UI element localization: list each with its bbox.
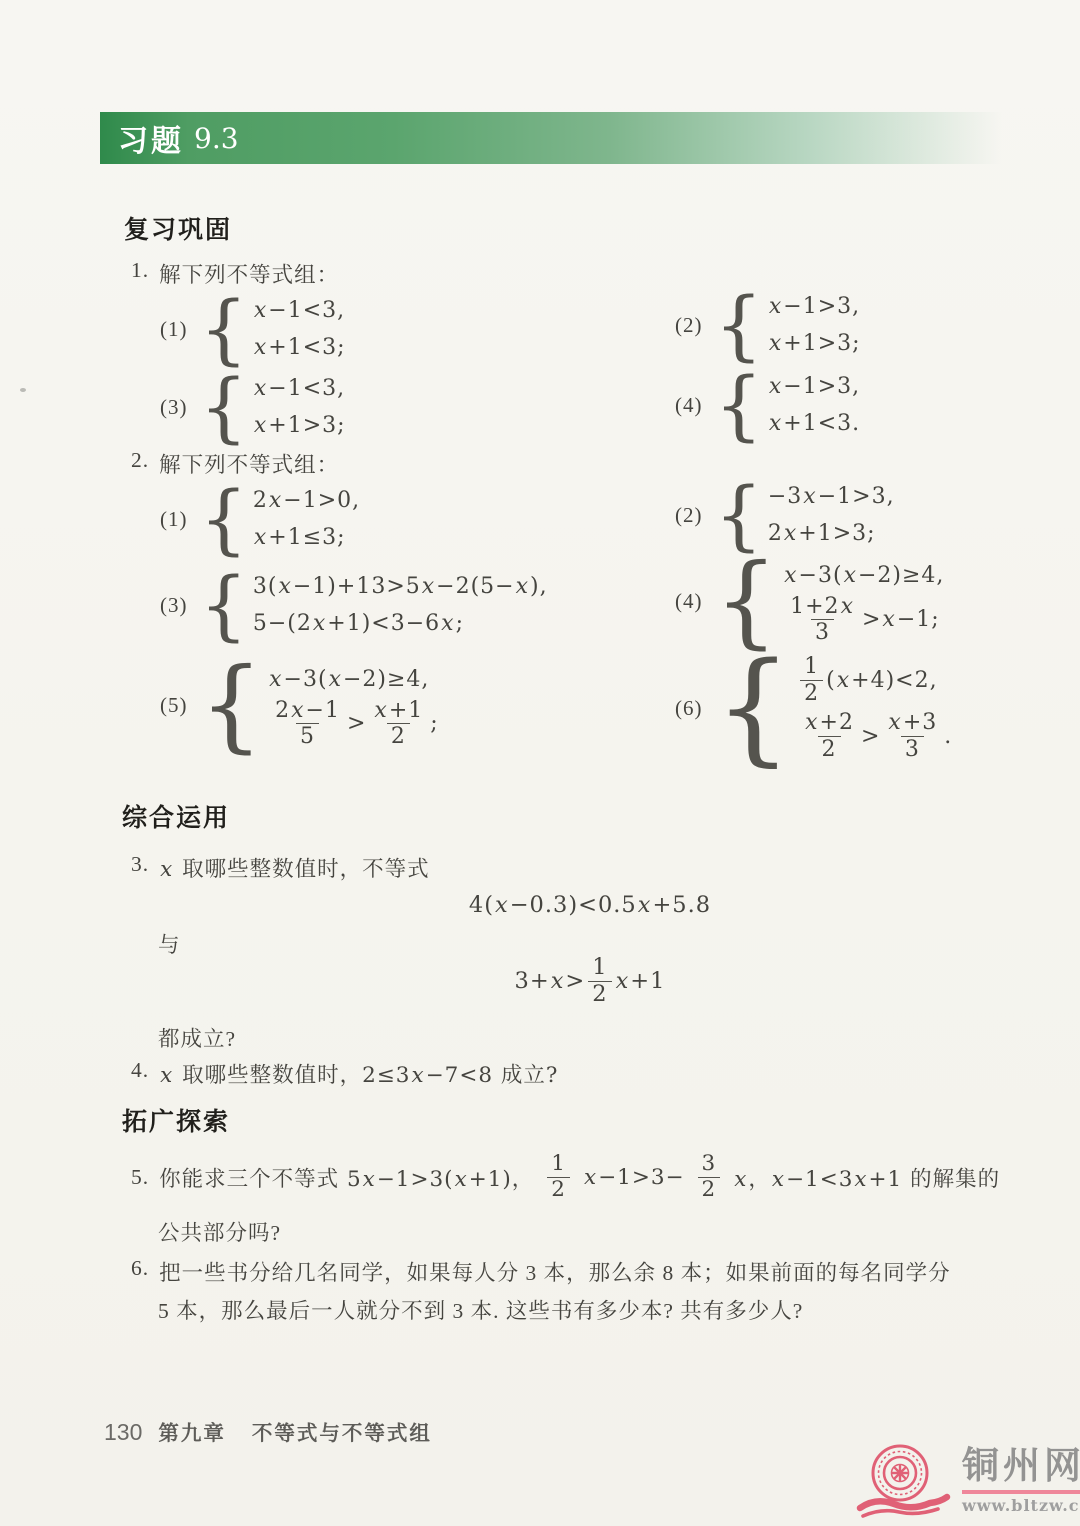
inequality-line: x+1<3; — [253, 329, 346, 366]
inequality-line: x−1<3, — [253, 370, 346, 407]
system-brace: { — [200, 373, 248, 441]
problem-6-number: 6. — [131, 1256, 149, 1287]
section-heading-explore: 拓广探索 — [122, 1102, 230, 1138]
system-brace: { — [200, 295, 248, 363]
exercise-banner-label: 习题 — [118, 116, 184, 160]
textbook-page: { "banner": {"label": "习题", "number": "9… — [0, 0, 1080, 1526]
inequality-line: x−1>3, — [768, 368, 860, 405]
system-number: (5) — [160, 693, 188, 718]
exercise-banner: 习题 9.3 — [100, 112, 1080, 164]
inequality-line: 2x−1>0, — [253, 482, 360, 519]
system-1-4: (4) { x−1>3, x+1<3. — [675, 368, 860, 442]
problem-6-line1: 6. 把一些书分给几名同学，如果每人分 3 本，那么余 8 本；如果前面的每名同… — [131, 1256, 951, 1287]
inequality-line: x−3(x−2)≥4, — [268, 661, 439, 698]
system-number: (3) — [160, 593, 188, 618]
system-brace: { — [715, 371, 763, 439]
system-2-5: (5) { x−3(x−2)≥4, 2x−1 5 > x+1 2 ; — [160, 660, 439, 750]
inequality-line: 1+2x 3 >x−1; — [783, 594, 944, 646]
problem-3-text: x 取哪些整数值时，不等式 — [159, 852, 429, 883]
problem-5-line1: 5. 你能求三个不等式 5x−1>3(x+1)， 1 2 x−1>3− 3 2 … — [131, 1152, 1000, 1202]
fraction: 3 2 — [698, 1152, 721, 1202]
inequality-line: x+1<3. — [768, 405, 860, 442]
chapter-title: 不等式与不等式组 — [252, 1416, 432, 1446]
section-heading-review: 复习巩固 — [124, 210, 232, 246]
watermark-site-url: www.bltzw.com — [962, 1496, 1080, 1515]
system-brace: { — [715, 481, 763, 549]
system-number: (2) — [675, 313, 703, 338]
page-footer: 130 第九章 不等式与不等式组 — [104, 1416, 432, 1446]
fraction: x+3 3 — [883, 710, 941, 762]
system-brace: { — [200, 485, 248, 553]
system-brace: { — [715, 653, 793, 763]
fraction: 1 2 — [588, 955, 611, 1008]
system-number: (3) — [160, 395, 188, 420]
exercise-banner-number: 9.3 — [194, 122, 239, 155]
equation-2: 3+x> 1 2 x+1 — [140, 955, 1040, 1008]
system-number: (1) — [160, 317, 188, 342]
problem-4-text: x 取哪些整数值时，2≤3x−7<8 成立? — [159, 1058, 558, 1089]
system-1-2: (2) { x−1>3, x+1>3; — [675, 288, 861, 362]
system-2-1: (1) { 2x−1>0, x+1≤3; — [160, 482, 360, 556]
system-number: (4) — [675, 589, 703, 614]
inequality-line: −3x−1>3, — [768, 478, 895, 515]
section-heading-apply: 综合运用 — [122, 798, 230, 834]
system-2-3: (3) { 3(x−1)+13>5x−2(5−x), 5−(2x+1)<3−6x… — [160, 568, 548, 642]
watermark-site-name: 铜州网 — [962, 1446, 1080, 1494]
problem-4-stem: 4. x 取哪些整数值时，2≤3x−7<8 成立? — [131, 1058, 558, 1089]
problem-1-text: 解下列不等式组： — [159, 258, 339, 289]
problem-4-number: 4. — [131, 1058, 149, 1089]
watermark-medallion-icon — [848, 1438, 960, 1526]
watermark: 铜州网 www.bltzw.com — [848, 1438, 1080, 1526]
system-2-2: (2) { −3x−1>3, 2x+1>3; — [675, 478, 895, 552]
system-brace: { — [715, 291, 763, 359]
page-number: 130 — [104, 1419, 142, 1446]
problem-2-number: 2. — [131, 448, 149, 479]
chapter-label: 第九章 — [158, 1416, 226, 1446]
problem-5-line2: 公共部分吗? — [158, 1216, 281, 1247]
system-number: (2) — [675, 503, 703, 528]
inequality-line: 3(x−1)+13>5x−2(5−x), — [253, 568, 548, 605]
equation-1: 4(x−0.3)<0.5x+5.8 — [140, 892, 1040, 918]
system-number: (1) — [160, 507, 188, 532]
fraction: x+1 2 — [369, 698, 427, 750]
problem-5-number: 5. — [131, 1165, 149, 1190]
system-brace: { — [200, 660, 264, 750]
problem-2-text: 解下列不等式组： — [159, 448, 339, 479]
fraction: 1 2 — [800, 654, 823, 706]
problem-1-number: 1. — [131, 258, 149, 289]
system-1-1: (1) { x−1<3, x+1<3; — [160, 292, 346, 366]
fraction: 1+2x 3 — [786, 594, 859, 646]
problem-3-number: 3. — [131, 852, 149, 883]
inequality-line: x+1>3; — [768, 325, 861, 362]
fraction: 2x−1 5 — [271, 698, 344, 750]
inequality-line: 2x−1 5 > x+1 2 ; — [268, 698, 439, 750]
system-2-4: (4) { x−3(x−2)≥4, 1+2x 3 >x−1; — [675, 556, 944, 646]
fraction: x+2 2 — [800, 710, 858, 762]
inequality-line: x+1≤3; — [253, 519, 360, 556]
inequality-line: 2x+1>3; — [768, 515, 895, 552]
system-brace: { — [715, 556, 779, 646]
problem-3-stem: 3. x 取哪些整数值时，不等式 — [131, 852, 430, 883]
inequality-line: x−1>3, — [768, 288, 861, 325]
fraction: 1 2 — [547, 1152, 570, 1202]
scan-speck — [20, 388, 26, 392]
problem-3-tail: 都成立? — [158, 1022, 236, 1053]
problem-6-line2: 5 本，那么最后一人就分不到 3 本. 这些书有多少本? 共有多少人? — [158, 1294, 803, 1325]
inequality-line: x+1>3; — [253, 407, 346, 444]
system-number: (6) — [675, 696, 703, 721]
inequality-line: 1 2 (x+4)<2, — [797, 652, 952, 708]
system-number: (4) — [675, 393, 703, 418]
inequality-line: x−3(x−2)≥4, — [783, 557, 944, 594]
system-brace: { — [200, 571, 248, 639]
system-2-6: (6) { 1 2 (x+4)<2, x+2 2 > x+3 3 . — [675, 652, 952, 764]
inequality-line: x−1<3, — [253, 292, 346, 329]
inequality-line: x+2 2 > x+3 3 . — [797, 708, 952, 764]
system-1-3: (3) { x−1<3, x+1>3; — [160, 370, 346, 444]
inequality-line: 5−(2x+1)<3−6x; — [253, 605, 548, 642]
